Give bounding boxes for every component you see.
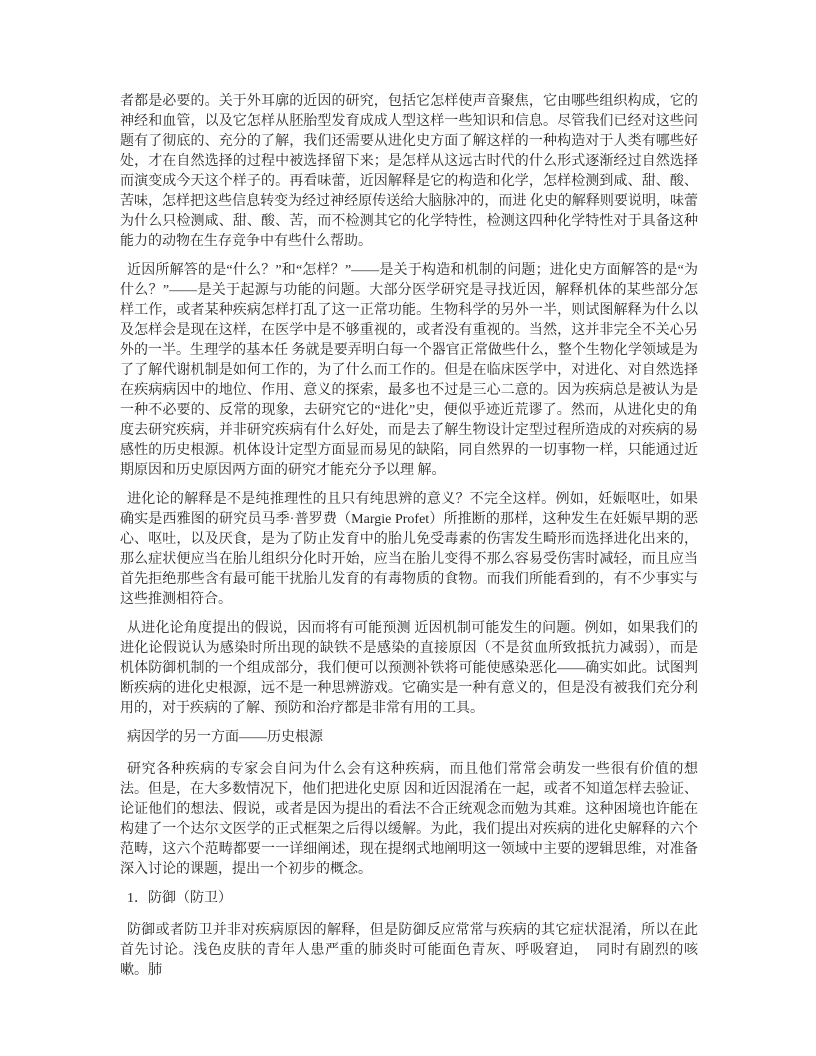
text-content: 者都是必要的。关于外耳廓的近因的研究，包括它怎样使声音聚焦，它由哪些组织构成，它… [120, 92, 698, 990]
paragraph-six-categories: 研究各种疾病的专家会自问为什么会有这种疾病，而且他们常常会萌发一些很有价值的想法… [120, 760, 698, 880]
section-heading-defense: 1．防御（防卫） [120, 889, 698, 909]
paragraph-continuation: 者都是必要的。关于外耳廓的近因的研究，包括它怎样使声音聚焦，它由哪些组织构成，它… [120, 92, 698, 252]
section-heading-etiology: 病因学的另一方面——历史根源 [120, 728, 698, 748]
paragraph-defense: 防御或者防卫并非对疾病原因的解释，但是防御反应常常与疾病的其它症状混淆，所以在此… [120, 921, 698, 981]
paragraph-proximate-vs-evolutionary: 近因所解答的是“什么？”和“怎样？”——是关于构造和机制的问题；进化史方面解答的… [120, 261, 698, 481]
document-page: 者都是必要的。关于外耳廓的近因的研究，包括它怎样使声音聚焦，它由哪些组织构成，它… [0, 0, 816, 1056]
paragraph-morning-sickness: 进化论的解释是不是纯推理性的且只有纯思辨的意义？不完全这样。例如，妊娠呕吐，如果… [120, 490, 698, 610]
paragraph-iron-deficiency: 从进化论角度提出的假说，因而将有可能预测 近因机制可能发生的问题。例如，如果我们… [120, 619, 698, 719]
